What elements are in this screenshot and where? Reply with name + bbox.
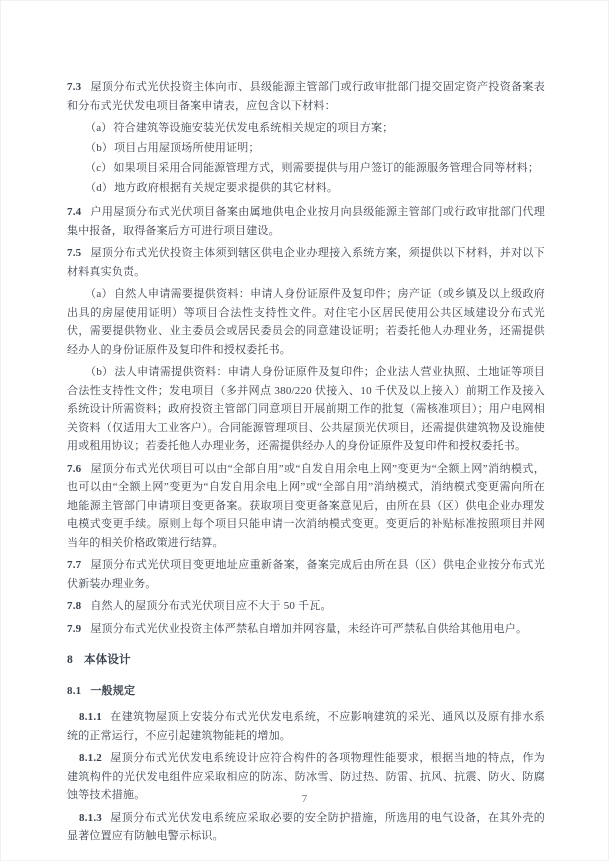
clause-number: （a） xyxy=(85,122,112,134)
clause-text: 屋顶分布式光伏项目可以由“全部自用”或“自发自用余电上网”变更为“全额上网”消纳… xyxy=(67,463,545,549)
clause-number: 7.5 xyxy=(67,247,81,259)
clause-text: 户用屋顶分布式光伏项目备案由属地供电企业按月向县级能源主管部门或行政审批部门代理… xyxy=(67,206,545,237)
clause-number: 8 xyxy=(67,654,73,666)
clause-number: （d） xyxy=(85,182,113,194)
clause-text: 自然人申请需要提供资料：申请人身份证原件及复印件；房产证（或乡镇及以上级政府出具… xyxy=(67,288,545,356)
clause-number: 7.6 xyxy=(67,463,81,475)
clause-paragraph-74: 7.4户用屋顶分布式光伏项目备案由属地供电企业按月向县级能源主管部门或行政审批部… xyxy=(67,203,545,240)
clause-text: 符合建筑等设施安装光伏发电系统相关规定的项目方案； xyxy=(113,122,393,134)
clause-number: 8.1.2 xyxy=(79,752,102,764)
clause-text: 屋顶分布式光伏投资主体向市、县级能源主管部门或行政审批部门提交固定资产投资备案表… xyxy=(67,81,545,112)
clause-text: 在建筑物屋顶上安装分布式光伏发电系统，不应影响建筑的采光、通风以及原有排水系统的… xyxy=(67,711,545,742)
clause-number: （b） xyxy=(85,366,114,378)
list-item-c: （c）如果项目采用合同能源管理方式，则需要提供与用户签订的能源服务管理合同等材料… xyxy=(85,159,545,178)
clause-number: 7.7 xyxy=(67,559,81,571)
clause-text: 地方政府根据有关规定要求提供的其它材料。 xyxy=(114,182,338,194)
clause-paragraph-78: 7.8自然人的屋顶分布式光伏项目应不大于 50 千瓦。 xyxy=(67,597,545,616)
clause-paragraph-75: 7.5屋顶分布式光伏投资主体须到辖区供电企业办理接入系统方案，须提供以下材料，并… xyxy=(67,244,545,281)
clause-text: 项目占用屋顶场所使用证明； xyxy=(114,142,260,154)
clause-text: 法人申请需提供资料：申请人身份证原件及复印件；企业法人营业执照、土地证等项目合法… xyxy=(67,366,545,452)
document-body: 7.3屋顶分布式光伏投资主体向市、县级能源主管部门或行政审批部门提交固定资产投资… xyxy=(67,78,545,846)
list-item-b: （b）项目占用屋顶场所使用证明； xyxy=(85,139,545,158)
subclause-paragraph-813: 8.1.3屋顶分布式光伏发电系统应采取必要的安全防护措施，所选用的电气设备，在其… xyxy=(67,809,545,846)
clause-number: 7.8 xyxy=(67,600,81,612)
clause-number: （c） xyxy=(85,162,112,174)
clause-number: 8.1.3 xyxy=(79,812,102,824)
document-page: 7.3屋顶分布式光伏投资主体向市、县级能源主管部门或行政审批部门提交固定资产投资… xyxy=(0,0,609,861)
clause-number: 8.1.1 xyxy=(79,711,102,723)
clause-number: （a） xyxy=(85,288,113,300)
clause-number: 7.9 xyxy=(67,623,81,635)
clause-number: 7.4 xyxy=(67,206,81,218)
clause-paragraph-79: 7.9屋顶分布式光伏业投资主体严禁私自增加并网容量，未经许可严禁私自供给其他用电… xyxy=(67,620,545,639)
clause-number: 7.3 xyxy=(67,81,81,93)
list-item-a: （a）符合建筑等设施安装光伏发电系统相关规定的项目方案； xyxy=(85,119,545,138)
subclause-paragraph-811: 8.1.1在建筑物屋顶上安装分布式光伏发电系统，不应影响建筑的采光、通风以及原有… xyxy=(67,708,545,745)
clause-number: （b） xyxy=(85,142,113,154)
clause-paragraph-77: 7.7屋顶分布式光伏项目变更地址应重新备案，备案完成后由所在县（区）供电企业按分… xyxy=(67,556,545,593)
clause-text: 屋顶分布式光伏业投资主体严禁私自增加并网容量，未经许可严禁私自供给其他用电户。 xyxy=(90,623,527,635)
sub-paragraph-b: （b）法人申请需提供资料：申请人身份证原件及复印件；企业法人营业执照、土地证等项… xyxy=(67,363,545,456)
section-heading-8: 8本体设计 xyxy=(67,651,545,670)
clause-paragraph-76: 7.6屋顶分布式光伏项目可以由“全部自用”或“自发自用余电上网”变更为“全额上网… xyxy=(67,460,545,553)
clause-paragraph-73: 7.3屋顶分布式光伏投资主体向市、县级能源主管部门或行政审批部门提交固定资产投资… xyxy=(67,78,545,115)
clause-text: 一般规定 xyxy=(90,685,135,697)
list-item-d: （d）地方政府根据有关规定要求提供的其它材料。 xyxy=(85,179,545,198)
clause-text: 屋顶分布式光伏发电系统应采取必要的安全防护措施，所选用的电气设备，在其外壳的显著… xyxy=(67,812,545,843)
clause-text: 如果项目采用合同能源管理方式，则需要提供与用户签订的能源服务管理合同等材料； xyxy=(113,162,539,174)
clause-number: 8.1 xyxy=(67,685,81,697)
clause-text: 本体设计 xyxy=(84,654,131,666)
clause-text: 自然人的屋顶分布式光伏项目应不大于 50 千瓦。 xyxy=(90,600,331,612)
subsection-heading-81: 8.1一般规定 xyxy=(67,682,545,701)
clause-text: 屋顶分布式光伏项目变更地址应重新备案，备案完成后由所在县（区）供电企业按分布式光… xyxy=(67,559,545,590)
clause-text: 屋顶分布式光伏投资主体须到辖区供电企业办理接入系统方案，须提供以下材料，并对以下… xyxy=(67,247,545,278)
sub-paragraph-a: （a）自然人申请需要提供资料：申请人身份证原件及复印件；房产证（或乡镇及以上级政… xyxy=(67,285,545,359)
page-number: 7 xyxy=(0,793,609,805)
